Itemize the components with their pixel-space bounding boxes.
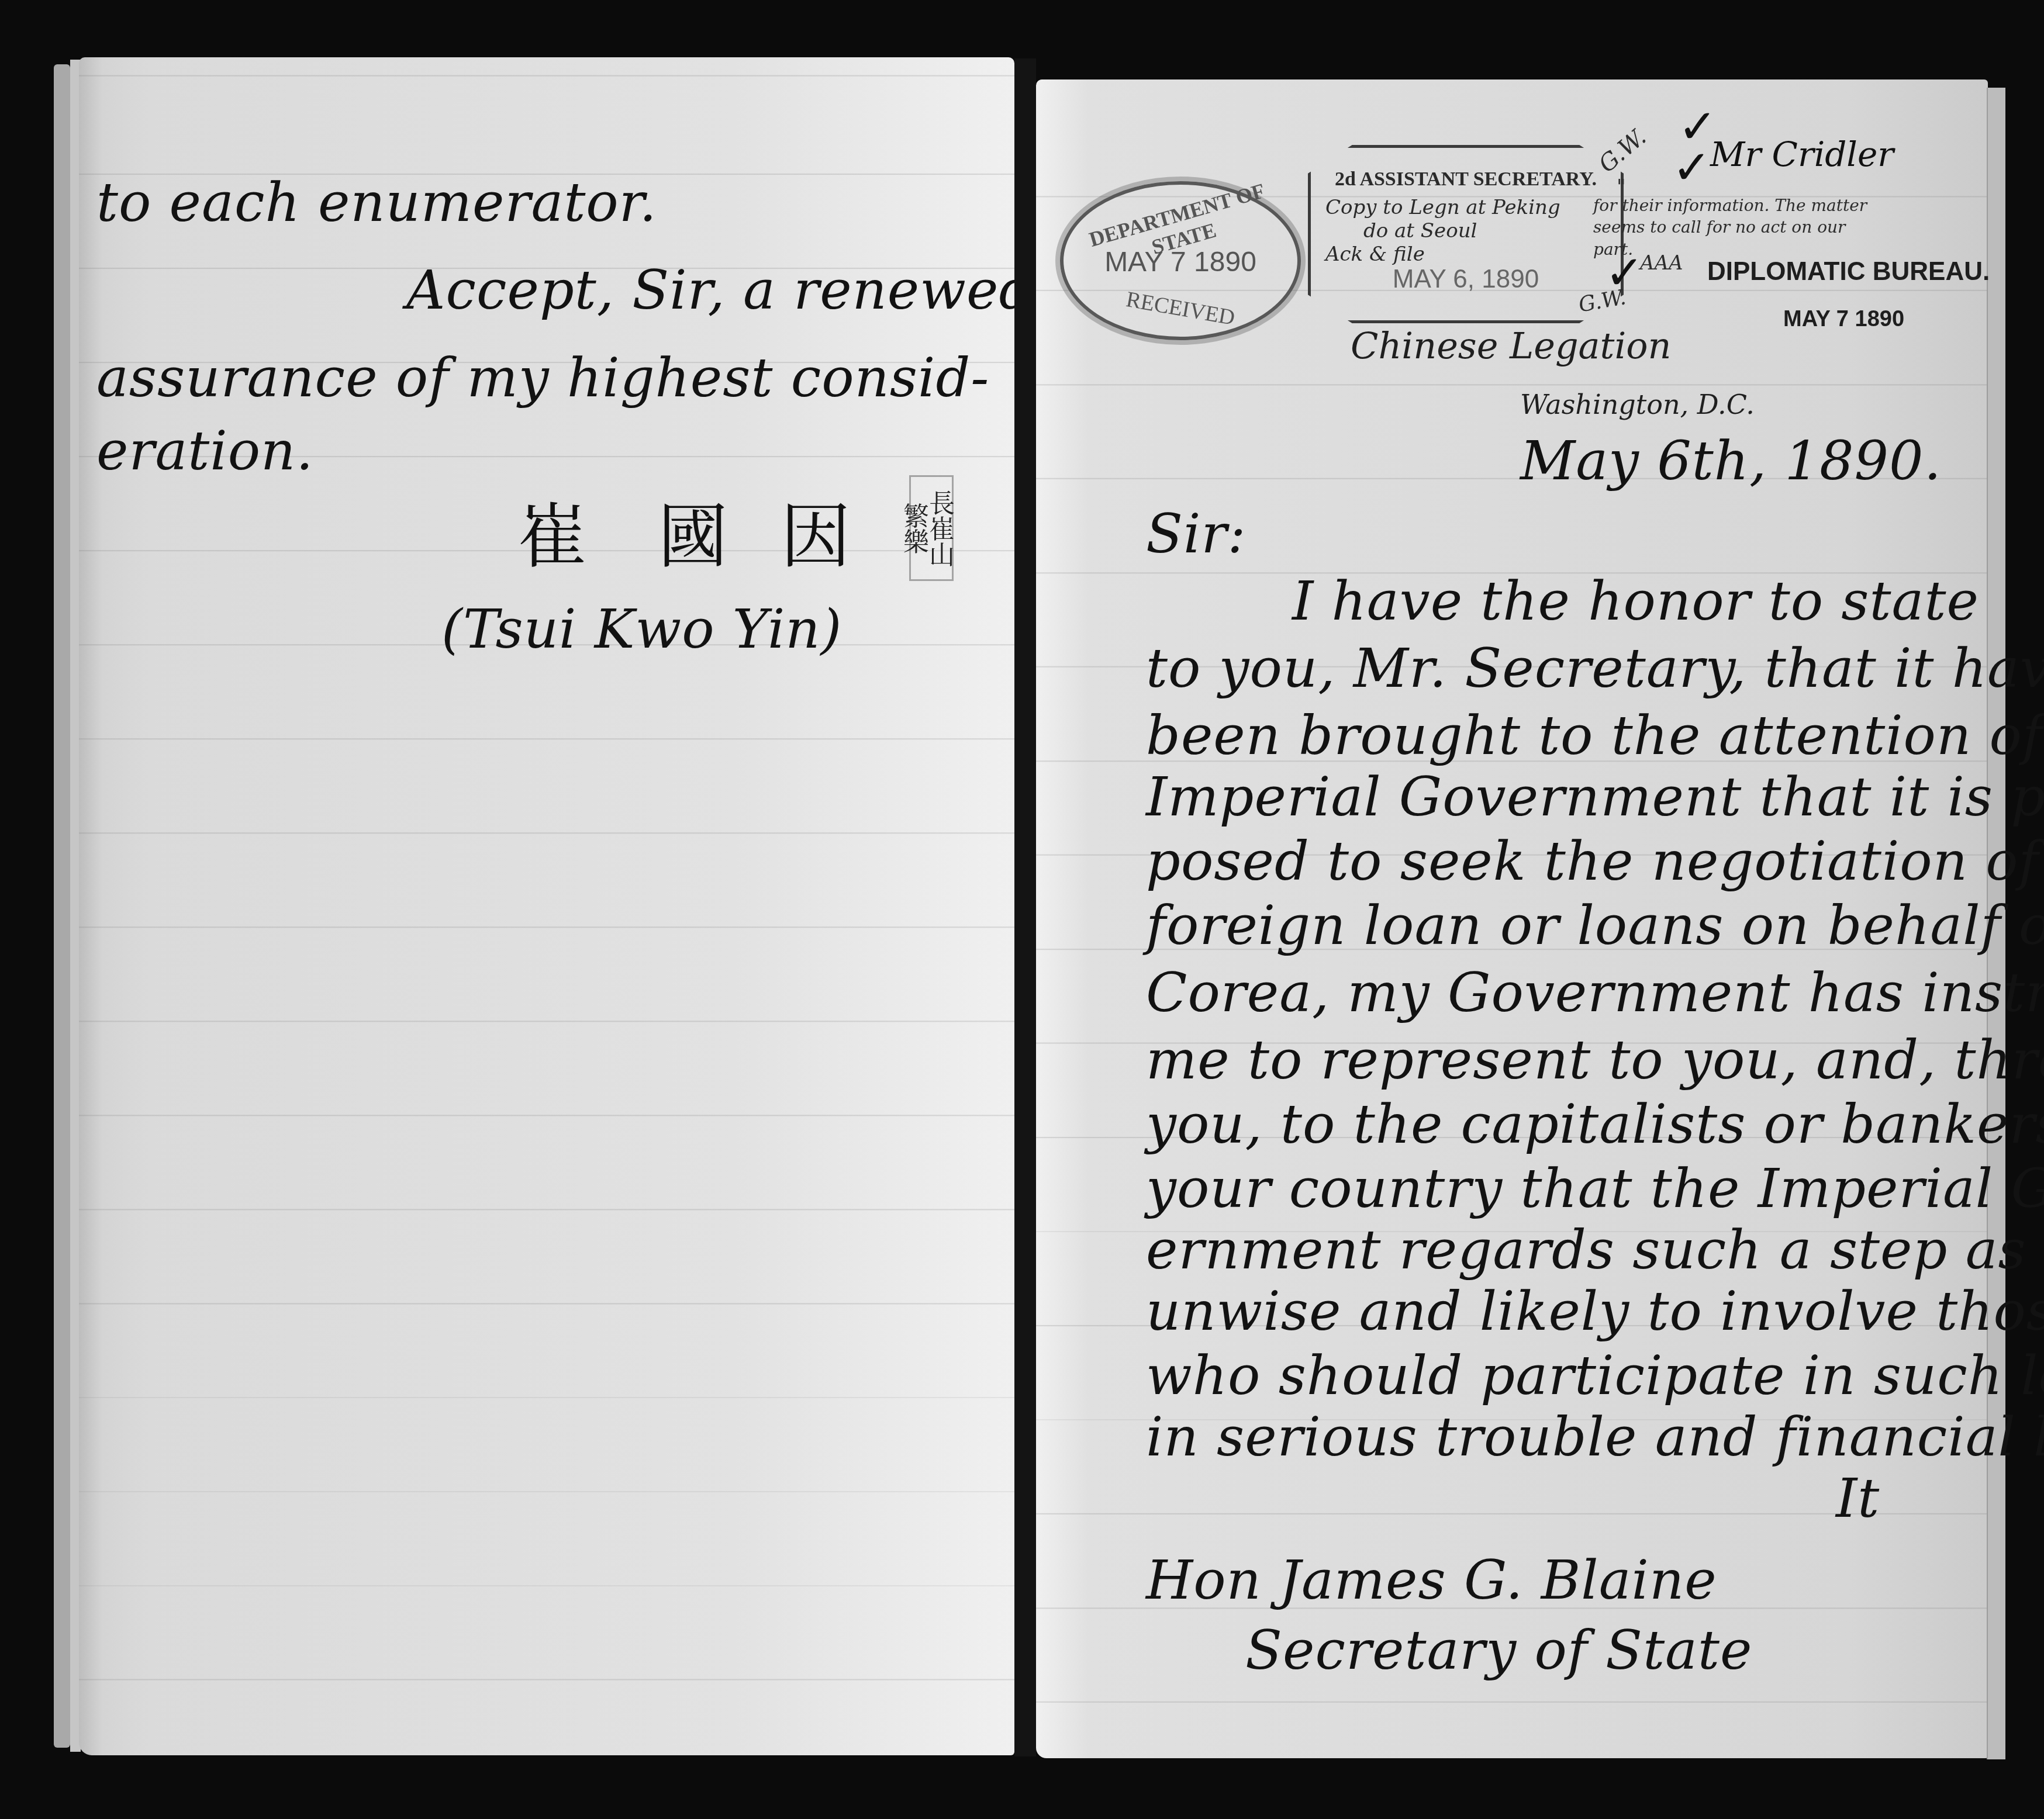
signature-cjk-char: 因 [781,481,851,582]
body-line: you, to the capitalists or bankers of [1146,1093,2044,1156]
body-line: Imperial Government that it is pro- [1146,766,2044,828]
signature-romanized: (Tsui Kwo Yin) [441,598,843,660]
margin-note-line: seems to call for no act on our [1593,217,1845,237]
body-line: who should participate in such loans [1146,1344,2044,1407]
initials-annotation: AAA [1640,251,1683,275]
text-line: to each enumerator. [96,171,657,234]
body-line: to you, Mr. Secretary, that it having [1146,637,2044,700]
diplomatic-bureau-stamp-date: MAY 7 1890 [1783,307,1904,332]
body-line: unwise and likely to involve those [1146,1280,2044,1343]
ditto-mark: " [1617,175,1626,199]
assistant-secretary-stamp: 2d ASSISTANT SECRETARY. Copy to Legn at … [1308,145,1624,323]
text-line: assurance of my highest consid- [96,347,989,409]
stamp-note: Ack & file [1325,243,1425,266]
letter-date: May 6th, 1890. [1520,430,1942,492]
addressee-title: Secretary of State [1245,1619,1752,1682]
signature-cjk-char: 崔 [517,481,588,582]
catchword: It [1836,1467,1880,1530]
diplomatic-bureau-stamp-title: DIPLOMATIC BUREAU. [1707,257,1990,286]
signature-cjk-char: 國 [658,481,728,582]
personal-seal: 長崔山繁樂 [909,475,954,581]
stamp-note: do at Seoul [1363,219,1477,243]
addressee-name: Hon James G. Blaine [1146,1549,1717,1611]
department-of-state-received-stamp: DEPARTMENT OF STATE MAY 7 1890 RECEIVED [1060,181,1301,340]
body-line: your country that the Imperial Gov- [1146,1157,2044,1220]
body-line: posed to seek the negotiation of a [1146,830,2044,893]
body-line: foreign loan or loans on behalf of [1146,894,2044,957]
stamp-title: 2d ASSISTANT SECRETARY. [1311,168,1621,191]
body-line: been brought to the attention of the [1146,704,2044,767]
stamp-date: MAY 6, 1890 [1311,265,1621,294]
book-page-edge [54,64,70,1748]
stamp-note: Copy to Legn at Peking [1325,196,1560,219]
body-line: Corea, my Government has instructed [1146,962,2044,1024]
checkmark-icon: ✓ [1672,140,1711,195]
body-line: ernment regards such a step as [1146,1219,2026,1281]
body-line: in serious trouble and financial losses. [1146,1406,2044,1468]
margin-note-line: for their information. The matter [1593,196,1867,215]
letterhead: Chinese Legation [1351,324,1672,367]
routing-annotation: Mr Cridler [1710,134,1894,174]
book-gutter [1014,58,1036,1756]
stamp-date: MAY 7 1890 [1064,246,1297,278]
body-line: me to represent to you, and, through [1146,1029,2044,1091]
text-line: Accept, Sir, a renewed [406,259,1014,321]
body-line: I have the honor to state [1292,570,1979,632]
salutation: Sir: [1146,503,1246,565]
left-page: to each enumerator. Accept, Sir, a renew… [79,57,1014,1755]
place-line: Washington, D.C. [1520,389,1755,420]
text-line: eration. [96,420,314,482]
